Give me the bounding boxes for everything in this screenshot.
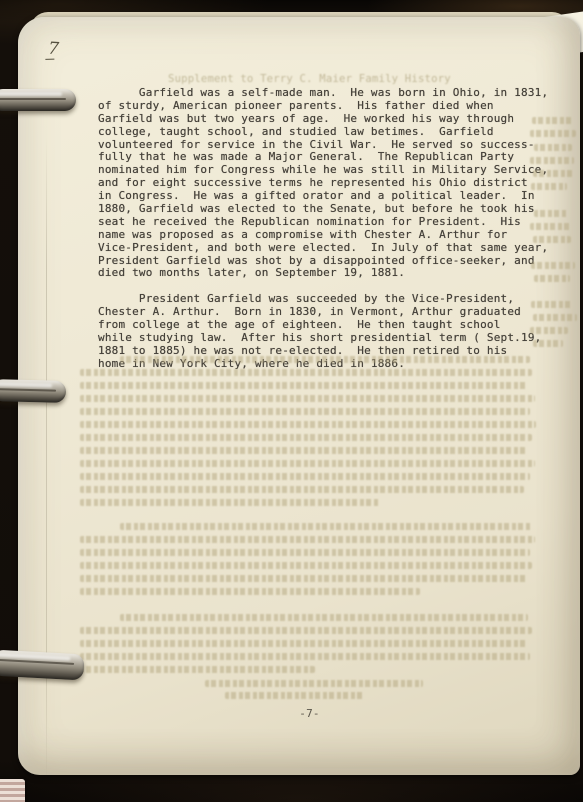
ghost-text-line (531, 183, 567, 190)
ghost-text-line (120, 356, 530, 363)
binder-ring-bottom (0, 650, 85, 681)
typed-line: 1880, Garfield was elected to the Senate… (98, 203, 560, 216)
ghost-text-line (80, 434, 532, 441)
ghost-text-line (80, 653, 530, 660)
ghost-text-line (80, 447, 526, 454)
binder-ring-top (0, 89, 76, 111)
stacked-page-edges (0, 779, 25, 802)
ghost-text-line (80, 549, 530, 556)
ghost-text-line (80, 382, 528, 389)
ghost-text-line (533, 340, 563, 347)
typed-line: college, taught school, and studied law … (98, 126, 560, 139)
ghost-text-line (534, 275, 570, 282)
ghost-text-line (225, 692, 365, 699)
ghost-text-line (80, 640, 528, 647)
ghost-text-line (80, 460, 535, 467)
ghost-text-line (205, 680, 423, 687)
ghost-text-line (534, 210, 568, 217)
handwritten-page-number: 7 (47, 41, 59, 61)
ghost-text-line (80, 486, 524, 493)
typed-line: while studying law. After his short pres… (98, 332, 560, 345)
ghost-text-line (80, 395, 535, 402)
typed-line: Garfield was a self-made man. He was bor… (98, 87, 560, 100)
typed-line: name was proposed as a compromise with C… (98, 229, 560, 242)
ghost-text-line (80, 421, 536, 428)
ghost-text-line (80, 473, 530, 480)
faded-header-text: Supplement to Terry C. Maier Family Hist… (168, 73, 488, 85)
typed-line: from college at the age of eighteen. He … (98, 319, 560, 332)
page-edge-crease (46, 137, 47, 785)
binder-ring-middle (0, 379, 66, 403)
typed-line: Vice-President, and both were elected. I… (98, 242, 560, 255)
ghost-text-line (533, 236, 571, 243)
ghost-text-line (80, 369, 532, 376)
ghost-text-line (80, 562, 532, 569)
ghost-text-line (533, 314, 577, 321)
ghost-text-line (80, 575, 528, 582)
ghost-text-line (80, 499, 380, 506)
ghost-text-line (531, 301, 571, 308)
typed-line: died two months later, on September 19, … (98, 267, 560, 280)
notebook-page: 7 Supplement to Terry C. Maier Family Hi… (18, 17, 580, 775)
paragraph-garfield: Garfield was a self-made man. He was bor… (98, 87, 560, 280)
ghost-text-line (530, 327, 568, 334)
ghost-text-line (531, 262, 575, 269)
ghost-text-line (532, 117, 572, 124)
typed-line: Garfield was but two years of age. He wo… (98, 113, 560, 126)
ghost-text-line (530, 130, 576, 137)
ghost-text-line (80, 666, 315, 673)
ghost-text-line (534, 144, 572, 151)
ghost-text-line (80, 536, 535, 543)
ghost-text-line (530, 223, 572, 230)
ghost-text-line (120, 523, 532, 530)
page-number: -7- (18, 707, 583, 720)
photo-background: 7 Supplement to Terry C. Maier Family Hi… (0, 0, 583, 802)
typed-line: of sturdy, American pioneer parents. His… (98, 100, 560, 113)
ghost-text-line (80, 408, 530, 415)
typed-text-column: Garfield was a self-made man. He was bor… (98, 87, 560, 383)
ghost-text-line (533, 170, 573, 177)
ghost-text-line (80, 588, 420, 595)
ghost-text-line (80, 627, 532, 634)
typed-line: seat he received the Republican nominati… (98, 216, 560, 229)
ghost-text-line (530, 157, 574, 164)
ghost-text-line (120, 614, 528, 621)
